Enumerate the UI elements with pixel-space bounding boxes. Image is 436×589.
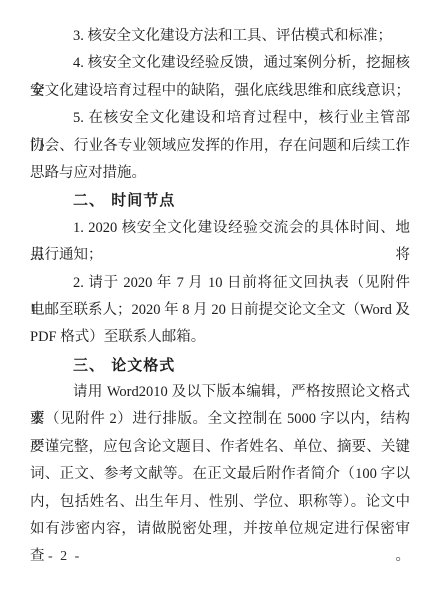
- format-paragraph-line-3: 严谨完整，应包含论文题目、作者姓名、单位、摘要、关键: [30, 434, 410, 461]
- document-body: 3. 核安全文化建设方法和工具、评估模式和标准； 4. 核安全文化建设经验反馈，…: [30, 23, 410, 543]
- list-item-5-line-3: 思路与应对措施。: [30, 160, 410, 187]
- section-heading-paper-format: 三、 论文格式: [30, 352, 410, 379]
- page-number: - 2 -: [48, 546, 81, 568]
- format-paragraph-line-1: 请用 Word2010 及以下版本编辑，严格按照论文格式要: [30, 379, 410, 406]
- list-item-5-line-1: 5. 在核安全文化建设和培育过程中，核行业主管部门、: [30, 105, 410, 132]
- time-item-2-line-1: 2. 请于 2020 年 7 月 10 日前将征文回执表（见附件 1）: [30, 270, 410, 297]
- format-paragraph-line-6: 如有涉密内容，请做脱密处理，并按单位规定进行保密审查。: [30, 516, 410, 543]
- format-paragraph-line-2: 求（见附件 2）进行排版。全文控制在 5000 字以内，结构要: [30, 406, 410, 433]
- list-item-4-line-2: 全文化建设培育过程中的缺陷，强化底线思维和底线意识；: [30, 78, 410, 105]
- format-paragraph-line-5: 内，包括姓名、出生年月、性别、学位、职称等）。论文中: [30, 489, 410, 516]
- document-page: 3. 核安全文化建设方法和工具、评估模式和标准； 4. 核安全文化建设经验反馈，…: [0, 0, 436, 589]
- time-item-2-line-3: PDF 格式）至联系人邮箱。: [30, 324, 410, 351]
- section-heading-time-nodes: 二、 时间节点: [30, 187, 410, 214]
- list-item-3: 3. 核安全文化建设方法和工具、评估模式和标准；: [30, 23, 410, 50]
- time-item-1-line-1: 1. 2020 核安全文化建设经验交流会的具体时间、地点将: [30, 215, 410, 242]
- list-item-5-line-2: 协会、行业各专业领域应发挥的作用，存在问题和后续工作: [30, 133, 410, 160]
- time-item-2-line-2: 电邮至联系人；2020 年 8 月 20 日前提交论文全文（Word 及: [30, 297, 410, 324]
- format-paragraph-line-4: 词、正文、参考文献等。在正文最后附作者简介（100 字以: [30, 461, 410, 488]
- list-item-4-line-1: 4. 核安全文化建设经验反馈，通过案例分析，挖掘核安: [30, 50, 410, 77]
